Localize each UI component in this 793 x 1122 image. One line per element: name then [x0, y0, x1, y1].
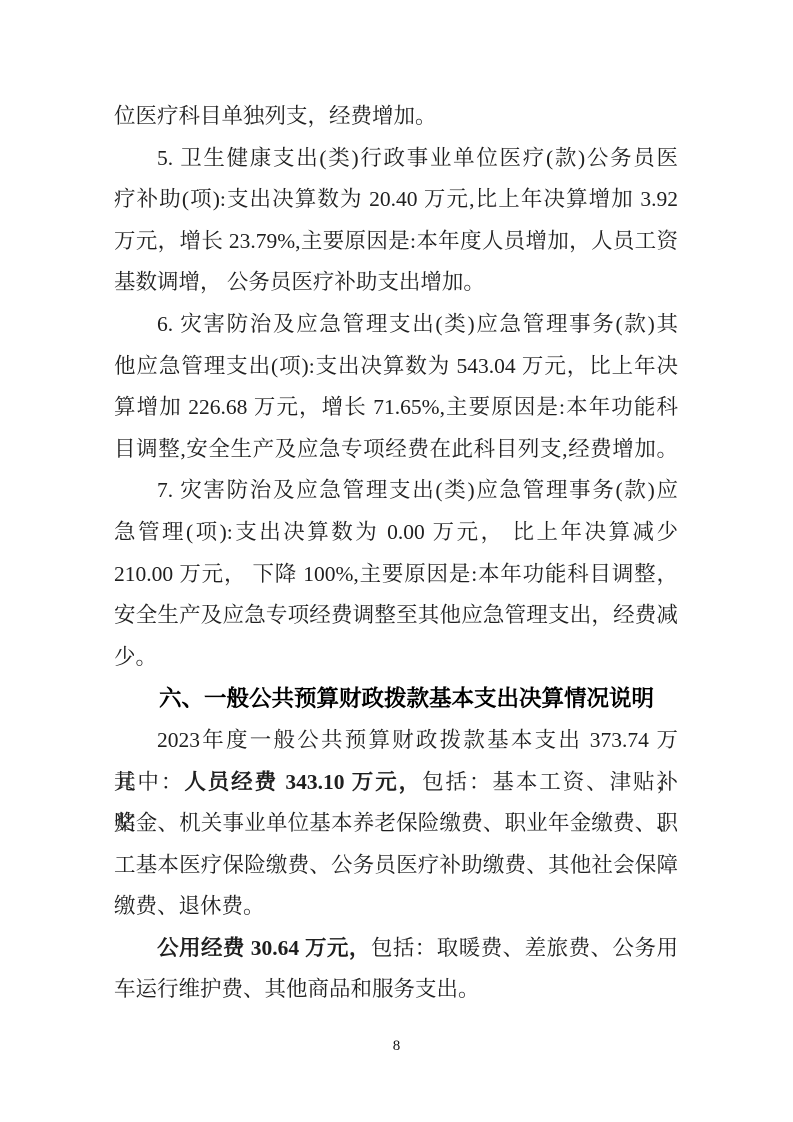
text-segment: 其中：	[114, 770, 184, 794]
document-page: 位医疗科目单独列支，经费增加。5. 卫生健康支出(类)行政事业单位医疗(款)公务…	[0, 0, 793, 1122]
text-line: 急管理(项):支出决算数为 0.00 万元， 比上年决算减少	[114, 512, 678, 554]
text-segment: 车运行维护费、其他商品和服务支出。	[114, 977, 480, 1001]
text-line: 公用经费 30.64 万元，包括：取暖费、差旅费、公务用	[114, 928, 678, 970]
text-line: 工基本医疗保险缴费、公务员医疗补助缴费、其他社会保障	[114, 845, 678, 887]
text-segment: 奖金、机关事业单位基本养老保险缴费、职业年金缴费、职	[114, 811, 678, 835]
document-body: 位医疗科目单独列支，经费增加。5. 卫生健康支出(类)行政事业单位医疗(款)公务…	[114, 96, 678, 1011]
text-line: 奖金、机关事业单位基本养老保险缴费、职业年金缴费、职	[114, 803, 678, 845]
text-line: 7. 灾害防治及应急管理支出(类)应急管理事务(款)应	[114, 470, 678, 512]
text-line: 安全生产及应急专项经费调整至其他应急管理支出，经费减	[114, 595, 678, 637]
text-segment: 6. 灾害防治及应急管理支出(类)应急管理事务(款)其	[157, 312, 678, 336]
text-segment: 目调整,安全生产及应急专项经费在此科目列支,经费增加。	[114, 437, 678, 461]
page-number: 8	[0, 1038, 793, 1055]
text-line: 车运行维护费、其他商品和服务支出。	[114, 969, 678, 1011]
section-heading: 六、一般公共预算财政拨款基本支出决算情况说明	[114, 678, 678, 720]
text-segment: 工基本医疗保险缴费、公务员医疗补助缴费、其他社会保障	[114, 853, 678, 877]
text-segment: 包括：取暖费、差旅费、公务用	[371, 936, 678, 960]
text-line: 缴费、退休费。	[114, 886, 678, 928]
text-segment: 缴费、退休费。	[114, 894, 265, 918]
text-segment: 他应急管理支出(项):支出决算数为 543.04 万元，比上年决	[114, 354, 678, 378]
text-line: 万元，增长 23.79%,主要原因是:本年度人员增加，人员工资	[114, 221, 678, 263]
text-segment: 安全生产及应急专项经费调整至其他应急管理支出，经费减	[114, 603, 678, 627]
text-segment: 少。	[114, 645, 157, 669]
text-line: 少。	[114, 637, 678, 679]
text-segment: 210.00 万元， 下降 100%,主要原因是:本年功能科目调整，	[114, 562, 678, 586]
text-line: 6. 灾害防治及应急管理支出(类)应急管理事务(款)其	[114, 304, 678, 346]
text-line: 2023年度一般公共预算财政拨款基本支出 373.74 万元，	[114, 720, 678, 762]
text-line: 210.00 万元， 下降 100%,主要原因是:本年功能科目调整，	[114, 554, 678, 596]
text-segment: 疗补助(项):支出决算数为 20.40 万元,比上年决算增加 3.92	[114, 187, 678, 211]
text-segment: 7. 灾害防治及应急管理支出(类)应急管理事务(款)应	[157, 478, 678, 502]
bold-text-segment: 公用经费 30.64 万元，	[157, 936, 371, 960]
text-line: 疗补助(项):支出决算数为 20.40 万元,比上年决算增加 3.92	[114, 179, 678, 221]
bold-text-segment: 六、一般公共预算财政拨款基本支出决算情况说明	[159, 686, 654, 711]
text-line: 基数调增， 公务员医疗补助支出增加。	[114, 262, 678, 304]
text-segment: 位医疗科目单独列支，经费增加。	[114, 104, 437, 128]
text-line: 算增加 226.68 万元，增长 71.65%,主要原因是:本年功能科	[114, 387, 678, 429]
text-line: 他应急管理支出(项):支出决算数为 543.04 万元，比上年决	[114, 346, 678, 388]
text-line: 位医疗科目单独列支，经费增加。	[114, 96, 678, 138]
text-line: 其中：人员经费 343.10 万元，包括：基本工资、津贴补贴、	[114, 762, 678, 804]
text-segment: 急管理(项):支出决算数为 0.00 万元， 比上年决算减少	[114, 520, 678, 544]
text-segment: 算增加 226.68 万元，增长 71.65%,主要原因是:本年功能科	[114, 395, 678, 419]
text-line: 5. 卫生健康支出(类)行政事业单位医疗(款)公务员医	[114, 138, 678, 180]
text-segment: 万元，增长 23.79%,主要原因是:本年度人员增加，人员工资	[114, 229, 678, 253]
text-segment: 基数调增， 公务员医疗补助支出增加。	[114, 270, 485, 294]
text-line: 目调整,安全生产及应急专项经费在此科目列支,经费增加。	[114, 429, 678, 471]
bold-text-segment: 人员经费 343.10 万元，	[184, 770, 422, 794]
text-segment: 5. 卫生健康支出(类)行政事业单位医疗(款)公务员医	[157, 146, 678, 170]
